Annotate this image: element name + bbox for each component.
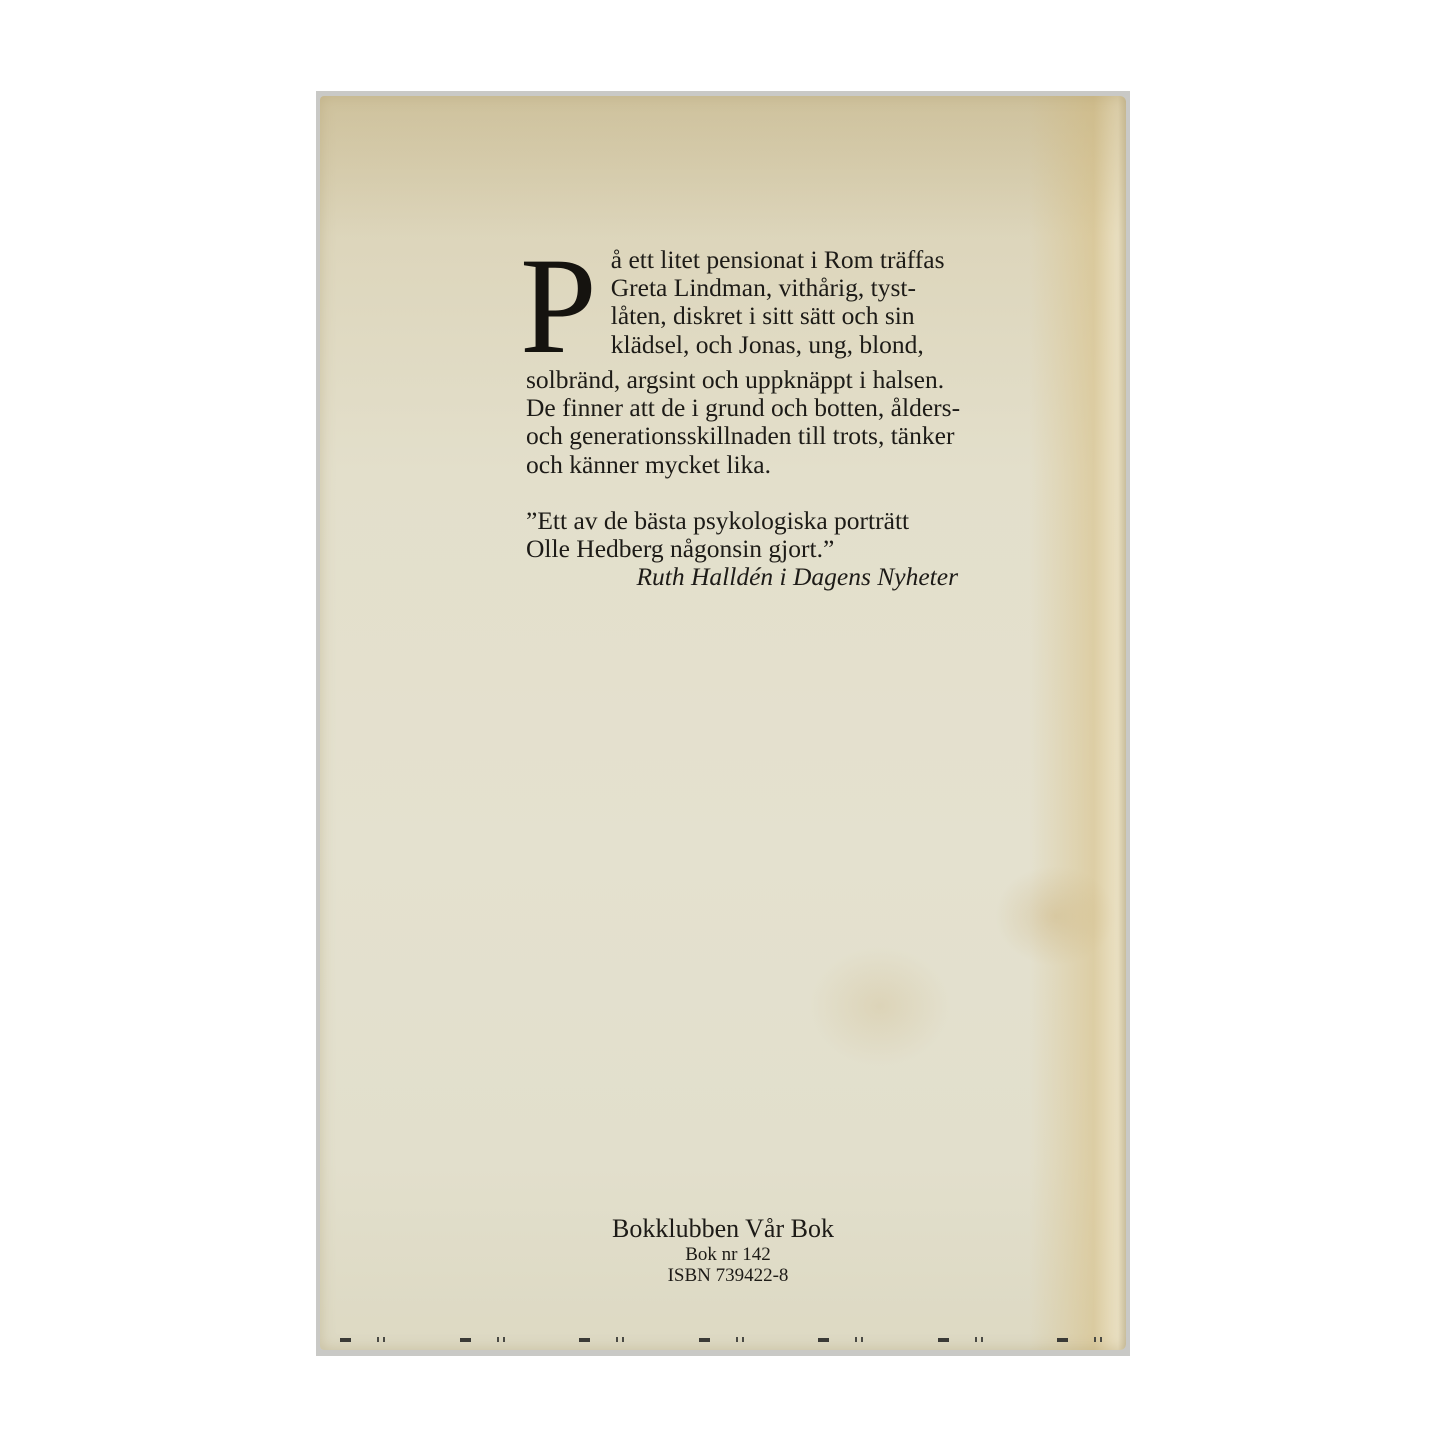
blurb-line: låten, diskret i sitt sätt och sin	[526, 302, 1006, 330]
isbn: ISBN 739422-8	[330, 1265, 1126, 1286]
edge-mark	[340, 1337, 385, 1342]
edge-mark	[579, 1337, 624, 1342]
edge-mark	[699, 1337, 744, 1342]
drop-cap: P	[520, 254, 597, 366]
cover-text-block: P å ett litet pensionat i Rom träffas Gr…	[526, 246, 1006, 591]
blurb-paragraph: P å ett litet pensionat i Rom träffas Gr…	[526, 246, 1006, 479]
edge-mark	[938, 1337, 983, 1342]
publisher-name: Bokklubben Vår Bok	[320, 1214, 1126, 1244]
edge-mark	[460, 1337, 505, 1342]
quote-line: ”Ett av de bästa psykologiska porträtt	[526, 507, 1006, 535]
blurb-line: Greta Lindman, vithårig, tyst-	[526, 274, 1006, 302]
review-quote: ”Ett av de bästa psykologiska porträtt O…	[526, 507, 1006, 592]
publisher-block: Bokklubben Vår Bok Bok nr 142 ISBN 73942…	[320, 1214, 1126, 1286]
blurb-line: och känner mycket lika.	[526, 451, 1006, 479]
book-back-cover: P å ett litet pensionat i Rom träffas Gr…	[320, 96, 1126, 1350]
bottom-edge-marks	[340, 1334, 1102, 1342]
quote-attribution: Ruth Halldén i Dagens Nyheter	[526, 563, 958, 591]
edge-mark	[818, 1337, 863, 1342]
blurb-line: och generationsskillnaden till trots, tä…	[526, 422, 1006, 450]
edge-mark	[1057, 1337, 1102, 1342]
blurb-line: å ett litet pensionat i Rom träffas	[526, 246, 1006, 274]
blurb-line: solbränd, argsint och uppknäppt i halsen…	[526, 366, 1006, 394]
blurb-line: klädsel, och Jonas, ung, blond,	[526, 331, 1006, 359]
blurb-line: De finner att de i grund och botten, åld…	[526, 394, 1006, 422]
book-number: Bok nr 142	[330, 1244, 1126, 1265]
quote-line: Olle Hedberg någonsin gjort.”	[526, 535, 1006, 563]
